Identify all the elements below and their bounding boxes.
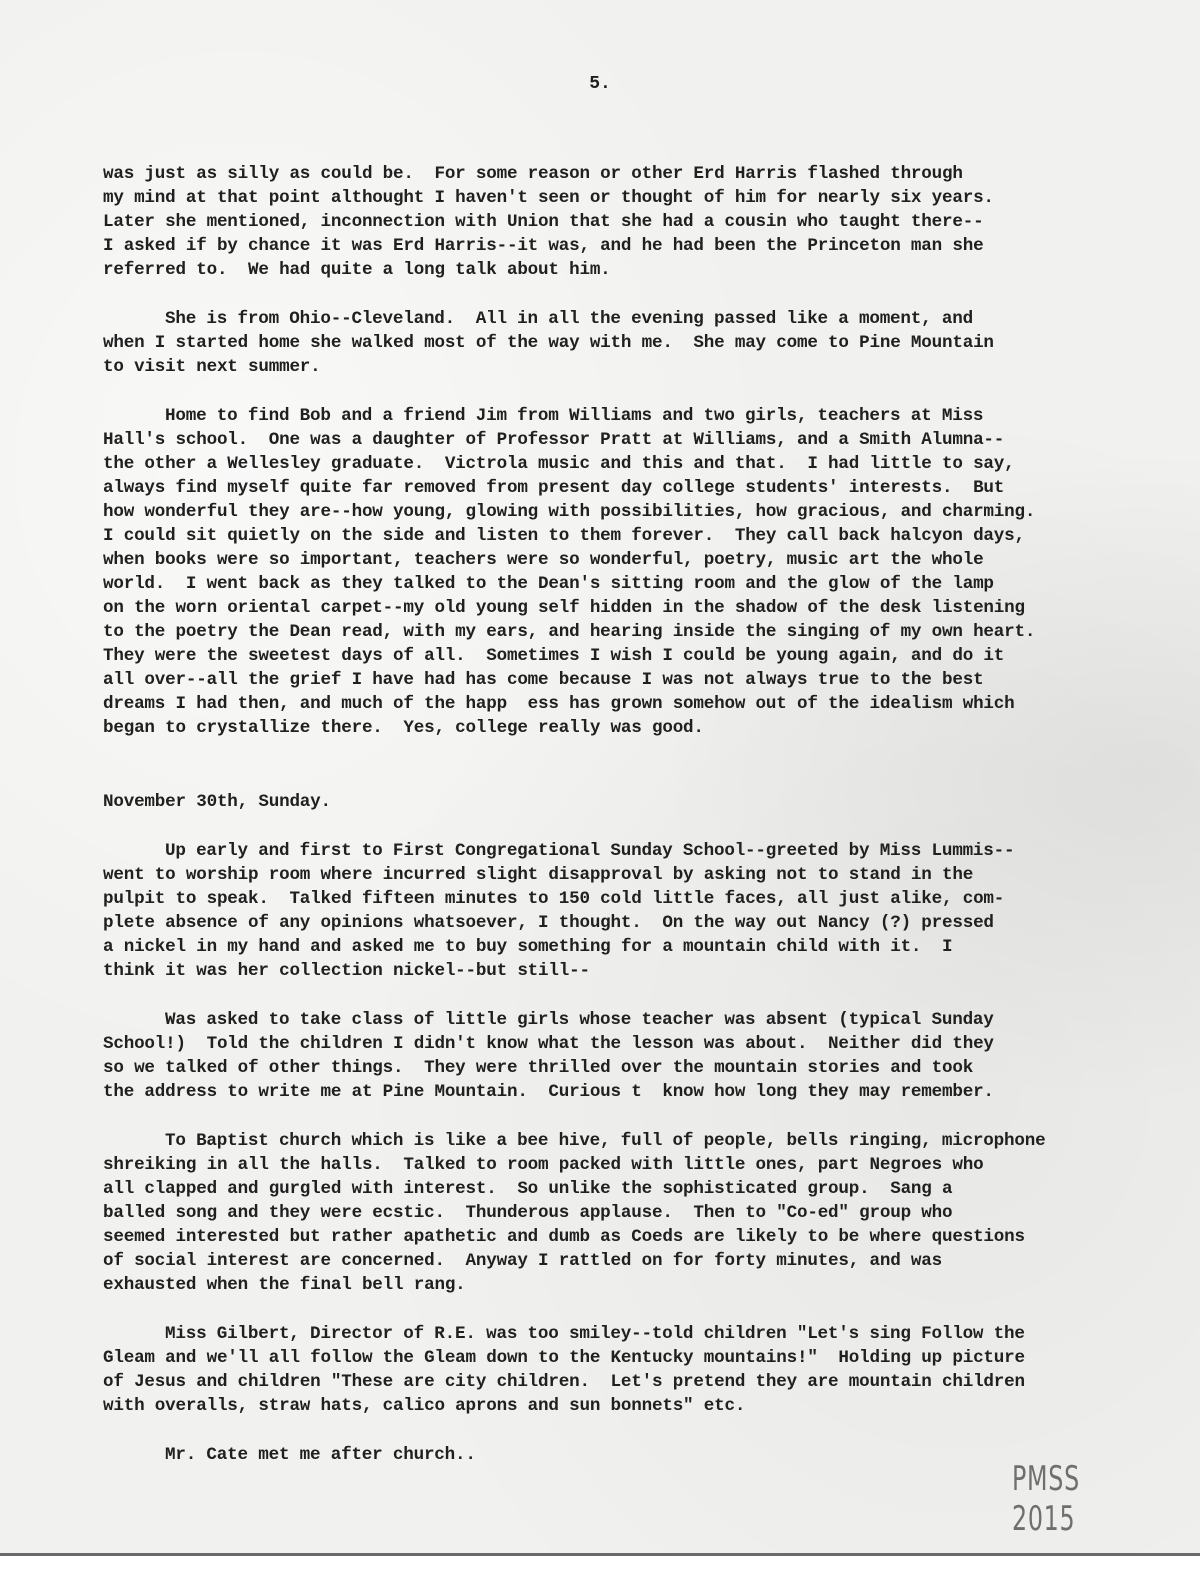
text-line: when books were so important, teachers w…	[103, 548, 1193, 572]
text-line: Hall's school. One was a daughter of Pro…	[103, 428, 1193, 452]
text-line: a nickel in my hand and asked me to buy …	[103, 935, 1193, 959]
text-line: to visit next summer.	[103, 355, 1193, 379]
text-line: exhausted when the final bell rang.	[103, 1273, 1193, 1297]
paragraph: To Baptist church which is like a bee hi…	[103, 1129, 1193, 1297]
paragraph: She is from Ohio--Cleveland. All in all …	[103, 307, 1193, 379]
archive-watermark: PMSS 2015	[1012, 1459, 1144, 1539]
text-line: with overalls, straw hats, calico aprons…	[103, 1394, 1193, 1418]
text-line: how wonderful they are--how young, glowi…	[103, 500, 1193, 524]
text-line: I asked if by chance it was Erd Harris--…	[103, 234, 1193, 258]
text-line: think it was her collection nickel--but …	[103, 959, 1193, 983]
date-heading-text: November 30th, Sunday.	[103, 790, 1193, 814]
page-number: 5.	[0, 74, 1200, 94]
text-line: on the worn oriental carpet--my old youn…	[103, 596, 1193, 620]
text-line: pulpit to speak. Talked fifteen minutes …	[103, 887, 1193, 911]
paragraph: Home to find Bob and a friend Jim from W…	[103, 404, 1193, 740]
text-line: of social interest are concerned. Anyway…	[103, 1249, 1193, 1273]
text-line: Miss Gilbert, Director of R.E. was too s…	[103, 1322, 1193, 1346]
paragraph: Up early and first to First Congregation…	[103, 839, 1193, 983]
text-line: I could sit quietly on the side and list…	[103, 524, 1193, 548]
text-line: plete absence of any opinions whatsoever…	[103, 911, 1193, 935]
text-line: world. I went back as they talked to the…	[103, 572, 1193, 596]
paragraph: Was asked to take class of little girls …	[103, 1008, 1193, 1104]
paragraph: was just as silly as could be. For some …	[103, 162, 1193, 282]
text-line: all over--all the grief I have had has c…	[103, 668, 1193, 692]
text-line: went to worship room where incurred slig…	[103, 863, 1193, 887]
document-body: was just as silly as could be. For some …	[103, 162, 1193, 1492]
text-line: They were the sweetest days of all. Some…	[103, 644, 1193, 668]
text-line: was just as silly as could be. For some …	[103, 162, 1193, 186]
text-line: the other a Wellesley graduate. Victrola…	[103, 452, 1193, 476]
text-line: of Jesus and children "These are city ch…	[103, 1370, 1193, 1394]
text-line: so we talked of other things. They were …	[103, 1056, 1193, 1080]
paragraph: Miss Gilbert, Director of R.E. was too s…	[103, 1322, 1193, 1418]
text-line: To Baptist church which is like a bee hi…	[103, 1129, 1193, 1153]
text-line: dreams I had then, and much of the happ …	[103, 692, 1193, 716]
text-line: my mind at that point althought I haven'…	[103, 186, 1193, 210]
document-page: 5. was just as silly as could be. For so…	[0, 0, 1200, 1556]
text-line: Was asked to take class of little girls …	[103, 1008, 1193, 1032]
text-line: the address to write me at Pine Mountain…	[103, 1080, 1193, 1104]
text-line: when I started home she walked most of t…	[103, 331, 1193, 355]
text-line: Up early and first to First Congregation…	[103, 839, 1193, 863]
text-line: Later she mentioned, inconnection with U…	[103, 210, 1193, 234]
date-heading: November 30th, Sunday.	[103, 790, 1193, 814]
text-line: She is from Ohio--Cleveland. All in all …	[103, 307, 1193, 331]
text-line: always find myself quite far removed fro…	[103, 476, 1193, 500]
text-line: shreiking in all the halls. Talked to ro…	[103, 1153, 1193, 1177]
text-line: to the poetry the Dean read, with my ear…	[103, 620, 1193, 644]
text-line: referred to. We had quite a long talk ab…	[103, 258, 1193, 282]
text-line: Home to find Bob and a friend Jim from W…	[103, 404, 1193, 428]
text-line: School!) Told the children I didn't know…	[103, 1032, 1193, 1056]
text-line: Gleam and we'll all follow the Gleam dow…	[103, 1346, 1193, 1370]
text-line: all clapped and gurgled with interest. S…	[103, 1177, 1193, 1201]
text-line: began to crystallize there. Yes, college…	[103, 716, 1193, 740]
text-line: balled song and they were ecstic. Thunde…	[103, 1201, 1193, 1225]
text-line: seemed interested but rather apathetic a…	[103, 1225, 1193, 1249]
